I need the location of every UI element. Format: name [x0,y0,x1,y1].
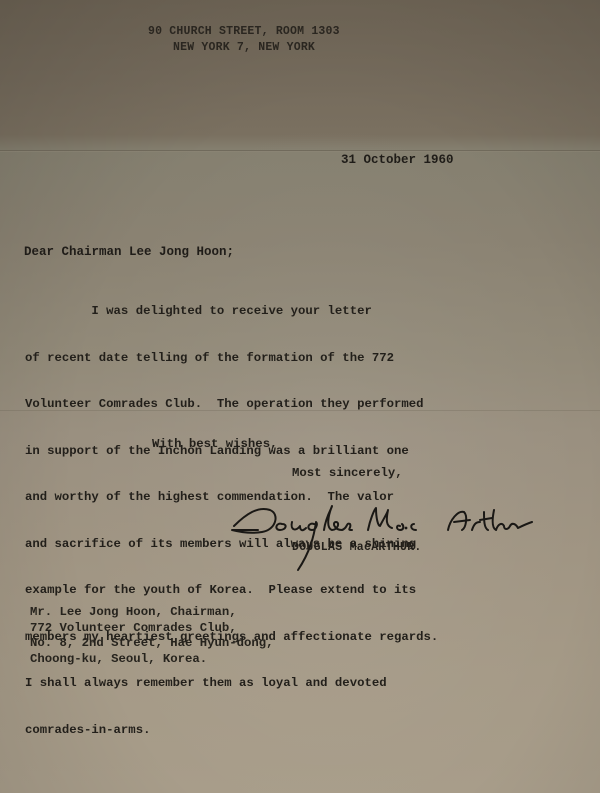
address-line: Choong-ku, Seoul, Korea. [30,652,274,668]
letterhead-street: 90 CHURCH STREET, ROOM 1303 [148,24,340,40]
body-line: Volunteer Comrades Club. The operation t… [25,397,438,413]
letterhead: 90 CHURCH STREET, ROOM 1303 NEW YORK 7, … [148,24,340,56]
body-line: I shall always remember them as loyal an… [25,676,438,692]
salutation: Dear Chairman Lee Jong Hoon; [24,245,234,259]
closing-phrase: With best wishes, [152,437,277,451]
recipient-address: Mr. Lee Jong Hoon, Chairman, 772 Volunte… [30,605,274,667]
letter-date: 31 October 1960 [341,153,454,167]
body-line: of recent date telling of the formation … [25,351,438,367]
body-line: comrades-in-arms. [25,723,438,739]
address-line: 772 Volunteer Comrades Club, [30,621,274,637]
letterhead-city: NEW YORK 7, NEW YORK [148,40,340,56]
typed-signer-name: DOUGLAS MacARTHUR. [292,541,422,554]
address-line: Mr. Lee Jong Hoon, Chairman, [30,605,274,621]
letter-page: { "letterhead": { "line1": "90 CHURCH ST… [0,0,600,793]
body-line: I was delighted to receive your letter [25,304,438,320]
address-line: No. 8, 2nd Street, Hae Hyun-dong, [30,636,274,652]
signoff: Most sincerely, [292,466,403,480]
handwritten-signature-icon [228,496,538,576]
body-line: example for the youth of Korea. Please e… [25,583,438,599]
paper-fold-line [0,150,600,152]
